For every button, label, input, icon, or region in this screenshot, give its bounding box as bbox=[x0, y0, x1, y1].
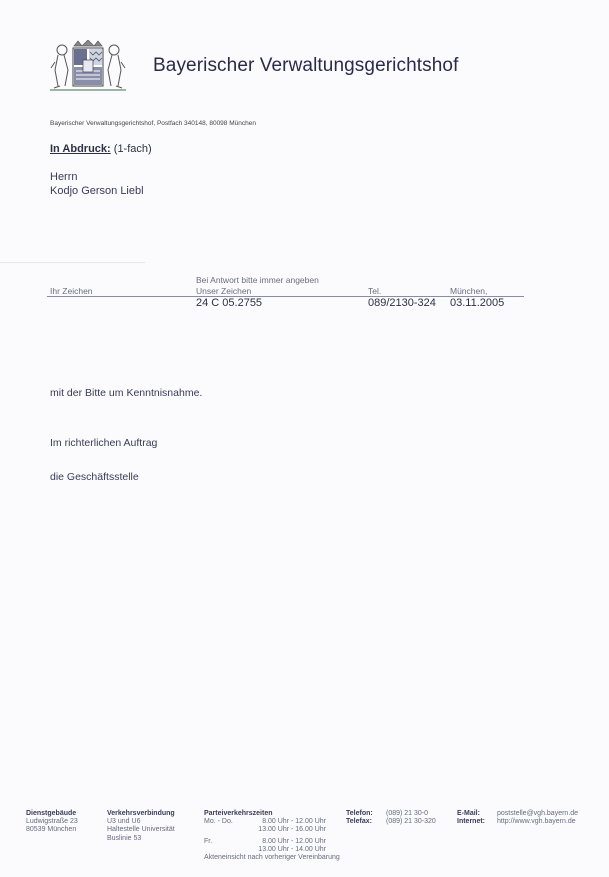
hours-fr-afternoon: 13.00 Uhr - 14.00 Uhr bbox=[254, 846, 326, 854]
website-link[interactable]: http://www.vgh.bayern.de bbox=[497, 818, 578, 826]
hours-fr-label: Fr. bbox=[204, 838, 254, 846]
court-title: Bayerischer Verwaltungsgerichtshof bbox=[153, 55, 458, 77]
body-line-authority: Im richterlichen Auftrag bbox=[50, 437, 157, 449]
phone-value: (089) 21 30-0 bbox=[386, 810, 436, 818]
phone-label: Telefon: bbox=[346, 810, 373, 817]
footer-transport-line3: Buslinie 53 bbox=[107, 835, 175, 843]
crest-underline bbox=[50, 89, 126, 91]
hours-mo-do-afternoon: 13.00 Uhr - 16.00 Uhr bbox=[254, 826, 326, 834]
email-link[interactable]: poststelle@vgh.bayern.de bbox=[497, 810, 578, 818]
footer-hours: Parteiverkehrszeiten Mo. - Do. 8.00 Uhr … bbox=[204, 810, 340, 862]
distribution-count: (1-fach) bbox=[114, 143, 152, 155]
telephone-value: 089/2130-324 bbox=[368, 297, 436, 309]
sender-return-address: Bayerischer Verwaltungsgerichtshof, Post… bbox=[50, 120, 256, 127]
telephone-label: Tel. bbox=[368, 286, 381, 296]
recipient-address: Herrn Kodjo Gerson Liebl bbox=[50, 170, 144, 198]
reference-note: Bei Antwort bitte immer angeben bbox=[196, 275, 319, 285]
fax-label: Telefax: bbox=[346, 818, 372, 825]
hours-mo-do-label: Mo. - Do. bbox=[204, 818, 254, 826]
footer-transport-line1: U3 und U6 bbox=[107, 818, 175, 826]
footer-phone-fax: Telefon: (089) 21 30-0 Telefax: (089) 21… bbox=[346, 810, 436, 826]
hours-note: Akteneinsicht nach vorheriger Vereinbaru… bbox=[204, 854, 340, 862]
recipient-salutation: Herrn bbox=[50, 170, 144, 184]
distribution-note: In Abdruck: (1-fach) bbox=[50, 143, 152, 155]
fax-value: (089) 21 30-320 bbox=[386, 818, 436, 826]
distribution-label: In Abdruck: bbox=[50, 143, 111, 155]
footer-building-street: Ludwigstraße 23 bbox=[26, 818, 78, 826]
email-label: E-Mail: bbox=[457, 810, 480, 817]
letter-date: 03.11.2005 bbox=[450, 297, 504, 309]
footer-hours-heading: Parteiverkehrszeiten bbox=[204, 810, 272, 817]
fold-mark bbox=[0, 262, 145, 263]
footer-building: Dienstgebäude Ludwigstraße 23 80539 Münc… bbox=[26, 810, 78, 835]
footer-transport-heading: Verkehrsverbindung bbox=[107, 810, 175, 817]
footer-building-heading: Dienstgebäude bbox=[26, 810, 76, 817]
our-reference-label: Unser Zeichen bbox=[196, 286, 251, 296]
footer-building-city: 80539 München bbox=[26, 826, 78, 834]
footer-email-web: E-Mail: poststelle@vgh.bayern.de Interne… bbox=[457, 810, 578, 826]
your-reference-label: Ihr Zeichen bbox=[50, 286, 93, 296]
body-line-request: mit der Bitte um Kenntnisnahme. bbox=[50, 387, 202, 399]
hours-mo-do-morning: 8.00 Uhr - 12.00 Uhr bbox=[254, 818, 326, 826]
footer-transport: Verkehrsverbindung U3 und U6 Haltestelle… bbox=[107, 810, 175, 843]
hours-fr-morning: 8.00 Uhr - 12.00 Uhr bbox=[254, 838, 326, 846]
recipient-name: Kodjo Gerson Liebl bbox=[50, 184, 144, 198]
footer-transport-line2: Haltestelle Universität bbox=[107, 826, 175, 834]
body-line-signature: die Geschäftsstelle bbox=[50, 471, 139, 483]
hours-table: Mo. - Do. 8.00 Uhr - 12.00 Uhr 13.00 Uhr… bbox=[204, 818, 326, 854]
our-reference-value: 24 C 05.2755 bbox=[196, 297, 262, 309]
bavarian-crest-icon bbox=[50, 40, 126, 90]
web-label: Internet: bbox=[457, 818, 485, 825]
place-label: München, bbox=[450, 286, 487, 296]
